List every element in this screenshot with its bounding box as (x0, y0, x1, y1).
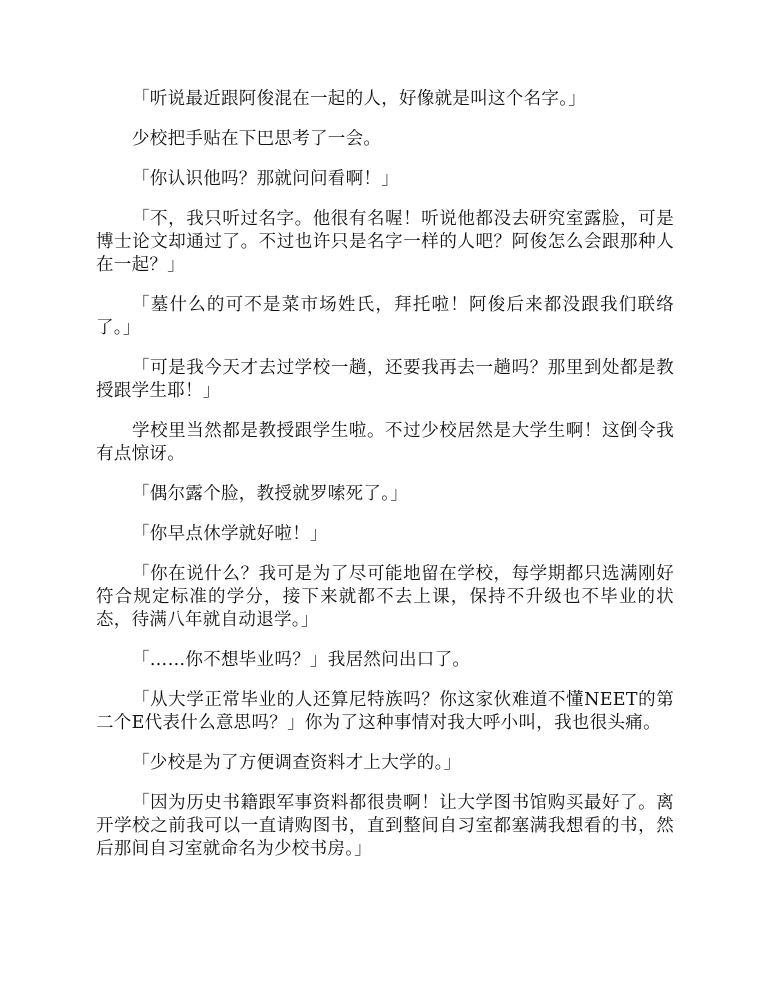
paragraph: 「你认识他吗？那就问问看啊！」 (96, 168, 674, 191)
paragraph: 「少校是为了方便调查资料才上大学的。」 (96, 752, 674, 775)
paragraph: 「你在说什么？我可是为了尽可能地留在学校，每学期都只选满刚好符合规定标准的学分，… (96, 563, 674, 632)
paragraph: 少校把手贴在下巴思考了一会。 (96, 128, 674, 151)
paragraph: 「从大学正常毕业的人还算尼特族吗？你这家伙难道不懂NEET的第二个E代表什么意思… (96, 689, 674, 735)
paragraph: 「不，我只听过名字。他很有名喔！听说他都没去研究室露脸，可是博士论文却通过了。不… (96, 208, 674, 277)
document-page: 「听说最近跟阿俊混在一起的人，好像就是叫这个名字。」 少校把手贴在下巴思考了一会… (96, 88, 674, 878)
paragraph: 「偶尔露个脸，教授就罗嗦死了。」 (96, 483, 674, 506)
paragraph: 「听说最近跟阿俊混在一起的人，好像就是叫这个名字。」 (96, 88, 674, 111)
paragraph: 「……你不想毕业吗？」我居然问出口了。 (96, 649, 674, 672)
paragraph: 学校里当然都是教授跟学生啦。不过少校居然是大学生啊！这倒令我有点惊讶。 (96, 420, 674, 466)
paragraph: 「墓什么的可不是菜市场姓氏，拜托啦！阿俊后来都没跟我们联络了。」 (96, 294, 674, 340)
paragraph: 「因为历史书籍跟军事资料都很贵啊！让大学图书馆购买最好了。离开学校之前我可以一直… (96, 792, 674, 861)
paragraph: 「你早点休学就好啦！」 (96, 523, 674, 546)
paragraph: 「可是我今天才去过学校一趟，还要我再去一趟吗？那里到处都是教授跟学生耶！」 (96, 357, 674, 403)
